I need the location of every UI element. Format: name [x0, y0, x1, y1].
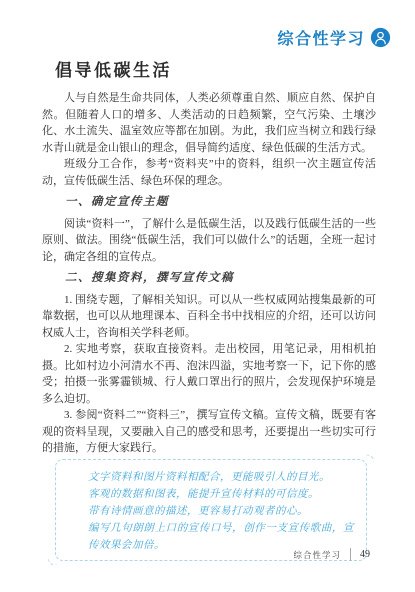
note-line-1: 文字资料和图片资料相配合，更能吸引人的目光。 [88, 469, 354, 486]
person-badge-icon [370, 27, 391, 48]
section-2-paragraph-3: 3. 参阅“资料二”“资料三”，撰写宣传文稿。宣传文稿，既要有客观的资料呈现，又… [42, 407, 376, 457]
tips-note-box: 文字资料和图片资料相配合，更能吸引人的目光。 客观的数据和图表，能提升宣传材料的… [55, 459, 367, 561]
page-footer: 综合性学习 49 [293, 548, 370, 561]
body-content: 人与自然是生命共同体，人类必须尊重自然、顺应自然、保护自然。但随着人口的增多、人… [42, 90, 376, 561]
section-header-label: 综合性学习 [277, 26, 365, 49]
section-heading-2: 二、搜集资料，撰写宣传文稿 [42, 270, 376, 287]
note-line-2: 客观的数据和图表，能提升宣传材料的可信度。 [88, 486, 354, 503]
note-line-3: 带有诗情画意的描述，更容易打动观者的心。 [88, 503, 354, 520]
page-title: 倡导低碳生活 [55, 56, 172, 81]
textbook-page: 综合性学习 倡导低碳生活 人与自然是生命共同体，人类必须尊重自然、顺应自然、保护… [0, 0, 415, 592]
section-heading-1: 一、确定宣传主题 [42, 194, 376, 211]
footer-page-number: 49 [360, 549, 370, 560]
section-2-paragraph-2: 2. 实地考察，获取直接资料。走出校园，用笔记录，用相机拍摄。比如村边小河清水不… [42, 341, 376, 407]
section-1-paragraph: 阅读“资料一”，了解什么是低碳生活，以及践行低碳生活的一些原则、做法。围绕“低碳… [42, 216, 376, 266]
section-2-paragraph-1: 1. 围绕专题，了解相关知识。可以从一些权威网站搜集最新的可靠数据，也可以从地理… [42, 292, 376, 342]
intro-paragraph-1: 人与自然是生命共同体，人类必须尊重自然、顺应自然、保护自然。但随着人口的增多、人… [42, 90, 376, 156]
footer-section-label: 综合性学习 [293, 549, 341, 561]
intro-paragraph-2: 班级分工合作，参考“资料夹”中的资料，组织一次主题宣传活动，宣传低碳生活、绿色环… [42, 156, 376, 189]
footer-divider [350, 548, 351, 561]
section-header: 综合性学习 [277, 26, 391, 49]
